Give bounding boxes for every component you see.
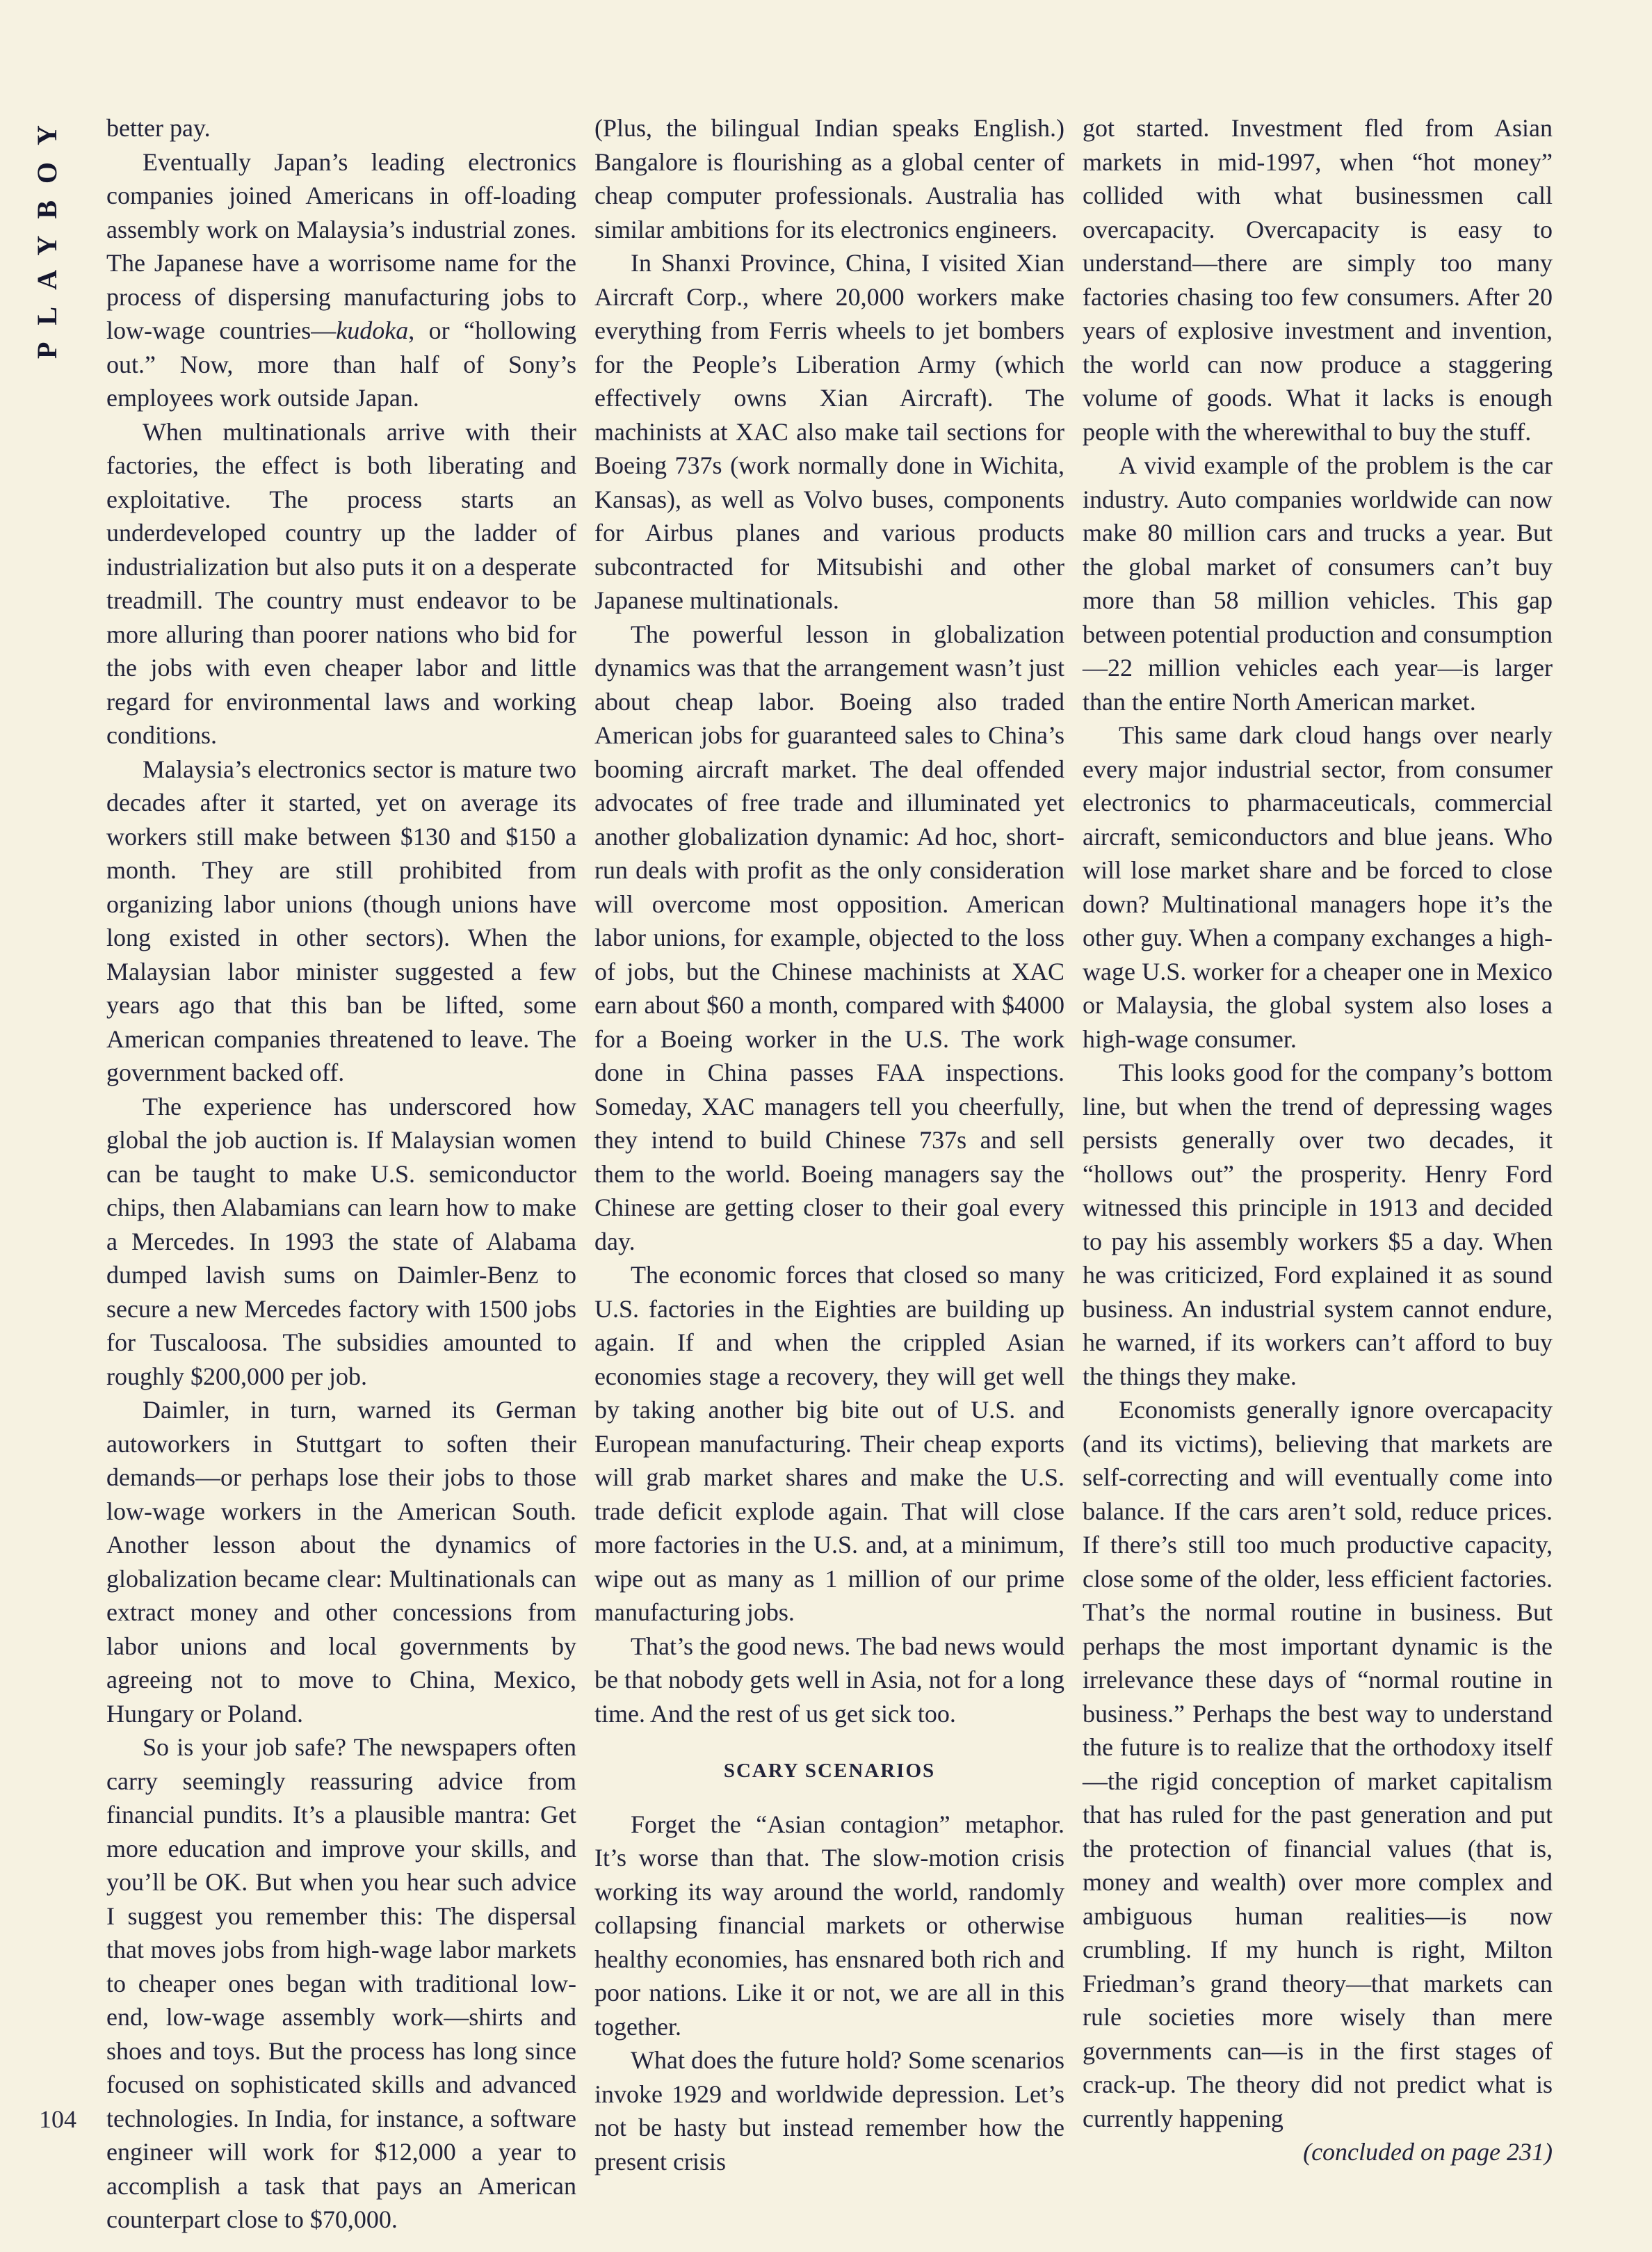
paragraph: That’s the good news. The bad news would…	[594, 1630, 1064, 1731]
paragraph: So is your job safe? The newspapers ofte…	[106, 1730, 576, 2237]
paragraph: Economists generally ignore overcapacity…	[1083, 1393, 1553, 2135]
paragraph: better pay.	[106, 111, 576, 145]
article-column-right: got started. Investment fled from Asian …	[1083, 111, 1553, 2169]
paragraph: This same dark cloud hangs over nearly e…	[1083, 718, 1553, 1056]
paragraph: A vivid example of the problem is the ca…	[1083, 449, 1553, 718]
paragraph: When multinationals arrive with their fa…	[106, 415, 576, 753]
paragraph: (Plus, the bilingual Indian speaks Engli…	[594, 111, 1064, 246]
paragraph: Malaysia’s electronics sector is mature …	[106, 753, 576, 1090]
paragraph: The economic forces that closed so many …	[594, 1258, 1064, 1630]
paragraph: Daimler, in turn, warned its German auto…	[106, 1393, 576, 1730]
magazine-page: PLAYBOY better pay.Eventually Japan’s le…	[0, 0, 1652, 2252]
paragraph: Forget the “Asian contagion” metaphor. I…	[594, 1808, 1064, 2044]
article-column-middle: (Plus, the bilingual Indian speaks Engli…	[594, 111, 1064, 2178]
paragraph: got started. Investment fled from Asian …	[1083, 111, 1553, 449]
continuation-note: (concluded on page 231)	[1083, 2135, 1553, 2169]
paragraph: What does the future hold? Some scenario…	[594, 2043, 1064, 2178]
paragraph: In Shanxi Province, China, I visited Xia…	[594, 246, 1064, 618]
paragraph: The powerful lesson in globalization dyn…	[594, 618, 1064, 1259]
paragraph: The experience has underscored how globa…	[106, 1090, 576, 1394]
paragraph: This looks good for the company’s bottom…	[1083, 1056, 1553, 1393]
article-column-left: better pay.Eventually Japan’s leading el…	[106, 111, 576, 2237]
page-number: 104	[39, 2105, 76, 2134]
magazine-title-vertical: PLAYBOY	[31, 108, 63, 359]
paragraph: Eventually Japan’s leading electronics c…	[106, 145, 576, 415]
section-heading: SCARY SCENARIOS	[594, 1730, 1064, 1808]
